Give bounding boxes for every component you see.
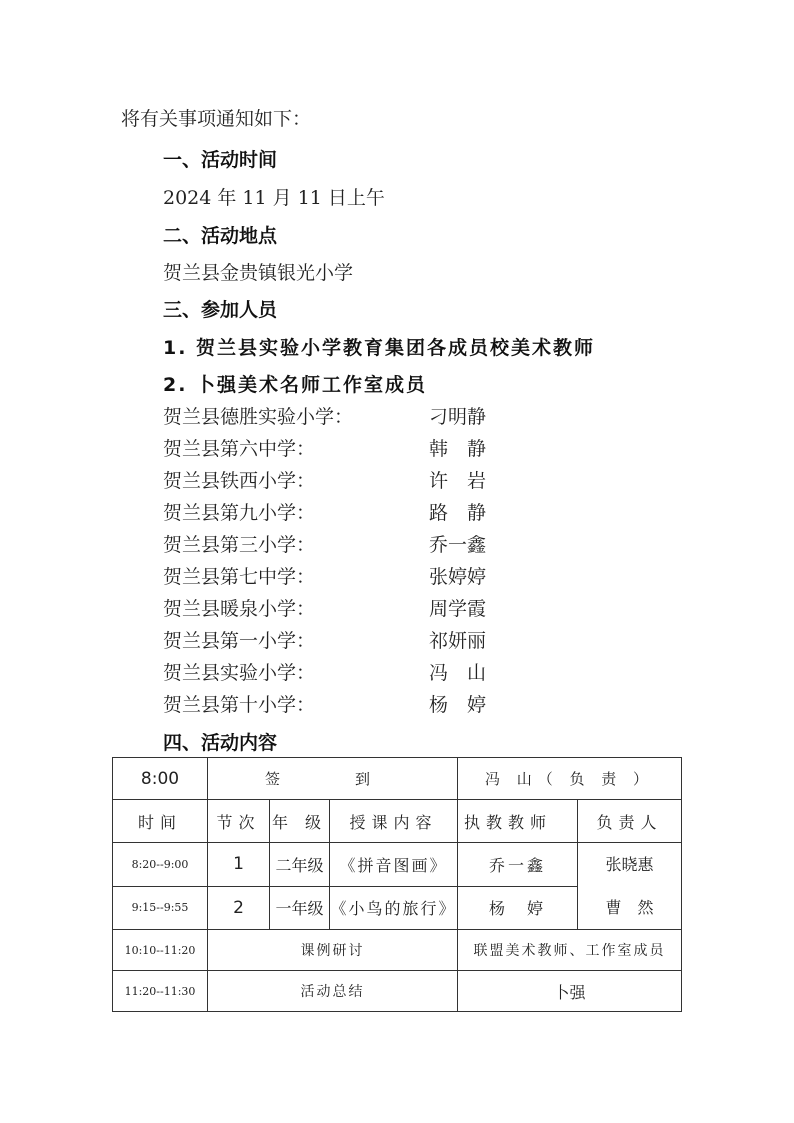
lesson-period: 2 — [208, 886, 270, 930]
row-time: 10:10--11:20 — [113, 930, 208, 971]
member-name: 韩 静 — [429, 437, 486, 461]
activity-date: 2024 年 11 月 11 日上午 — [163, 186, 385, 210]
member-name: 杨 婷 — [429, 693, 486, 717]
lesson-grade: 二年级 — [270, 843, 330, 887]
lesson-time: 8:20--9:00 — [113, 843, 208, 887]
member-name: 祁妍丽 — [429, 629, 486, 653]
lesson-grade: 一年级 — [270, 886, 330, 930]
signin-time: 8:00 — [113, 758, 208, 800]
participants-item-2: 2. 卜强美术名师工作室成员 — [163, 373, 427, 397]
section-heading-time: 一、活动时间 — [163, 148, 277, 172]
section-heading-participants: 三、参加人员 — [163, 298, 277, 322]
lesson-period: 1 — [208, 843, 270, 887]
table-row: 11:20--11:30 活动总结 卜强 — [113, 971, 682, 1012]
member-school: 贺兰县实验小学： — [163, 661, 315, 685]
member-name: 乔一鑫 — [429, 533, 486, 557]
member-name: 周学霞 — [429, 597, 486, 621]
row-activity: 活动总结 — [208, 971, 458, 1012]
section-heading-content: 四、活动内容 — [163, 731, 277, 755]
row-responsible: 联盟美术教师、工作室成员 — [458, 930, 682, 971]
member-name: 张婷婷 — [429, 565, 486, 589]
lesson-owner-cell: 张晓惠 曹 然 — [578, 843, 682, 930]
member-school: 贺兰县第三小学： — [163, 533, 315, 557]
table-row: 10:10--11:20 课例研讨 联盟美术教师、工作室成员 — [113, 930, 682, 971]
header-content: 授课内容 — [330, 800, 458, 843]
lesson-teacher: 乔一鑫 — [458, 843, 578, 887]
header-grade: 年 级 — [270, 800, 330, 843]
participants-item-1: 1. 贺兰县实验小学教育集团各成员校美术教师 — [163, 336, 595, 360]
header-period: 节次 — [208, 800, 270, 843]
header-teacher: 执教教师 — [458, 800, 578, 843]
header-time: 时间 — [113, 800, 208, 843]
intro-text: 将有关事项通知如下： — [121, 107, 311, 131]
row-responsible: 卜强 — [458, 971, 682, 1012]
member-school: 贺兰县暖泉小学： — [163, 597, 315, 621]
table-row-signin: 8:00 签 到 冯 山（ 负 责 ） — [113, 758, 682, 800]
member-school: 贺兰县德胜实验小学： — [163, 405, 353, 429]
signin-activity: 签 到 — [208, 758, 458, 800]
member-name: 许 岩 — [429, 469, 486, 493]
row-time: 11:20--11:30 — [113, 971, 208, 1012]
signin-responsible: 冯 山（ 负 责 ） — [458, 758, 682, 800]
lesson-owner: 张晓惠 — [578, 843, 681, 886]
member-school: 贺兰县第九小学： — [163, 501, 315, 525]
member-school: 贺兰县铁西小学： — [163, 469, 315, 493]
member-school: 贺兰县第一小学： — [163, 629, 315, 653]
table-row: 8:20--9:00 1 二年级 《拼音图画》 乔一鑫 张晓惠 曹 然 — [113, 843, 682, 887]
member-school: 贺兰县第六中学： — [163, 437, 315, 461]
lesson-owner: 曹 然 — [578, 886, 681, 929]
section-heading-location: 二、活动地点 — [163, 224, 277, 248]
member-name: 路 静 — [429, 501, 486, 525]
table-header-row: 时间 节次 年 级 授课内容 执教教师 负责人 — [113, 800, 682, 843]
member-school: 贺兰县第十小学： — [163, 693, 315, 717]
member-name: 冯 山 — [429, 661, 486, 685]
lesson-teacher: 杨 婷 — [458, 886, 578, 930]
row-activity: 课例研讨 — [208, 930, 458, 971]
header-owner: 负责人 — [578, 800, 682, 843]
schedule-table: 8:00 签 到 冯 山（ 负 责 ） 时间 节次 年 级 授课内容 执教教师 … — [112, 757, 682, 1012]
lesson-content: 《拼音图画》 — [330, 843, 458, 887]
lesson-time: 9:15--9:55 — [113, 886, 208, 930]
member-name: 刁明静 — [429, 405, 486, 429]
member-school: 贺兰县第七中学： — [163, 565, 315, 589]
lesson-content: 《小鸟的旅行》 — [330, 886, 458, 930]
activity-location: 贺兰县金贵镇银光小学 — [163, 261, 353, 285]
